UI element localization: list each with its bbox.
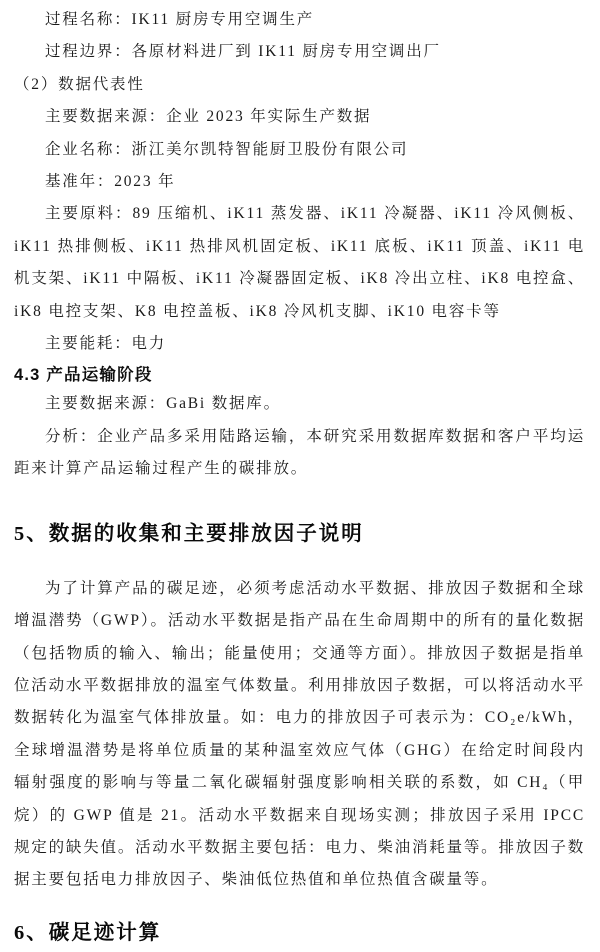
para-emission-factor-explanation: 为了计算产品的碳足迹，必须考虑活动水平数据、排放因子数据和全球增温潜势（GWP）… bbox=[14, 573, 585, 897]
para-gabi-data-source: 主要数据来源：GaBi 数据库。 bbox=[14, 388, 585, 420]
para-company-name: 企业名称：浙江美尔凯特智能厨卫股份有限公司 bbox=[14, 134, 585, 166]
para-main-materials: 主要原料：89 压缩机、iK11 蒸发器、iK11 冷凝器、iK11 冷风侧板、… bbox=[14, 198, 585, 328]
heading-carbon-footprint-calculation: 6、碳足迹计算 bbox=[14, 912, 585, 952]
para-transport-analysis: 分析：企业产品多采用陆路运输，本研究采用数据库数据和客户平均运距来计算产品运输过… bbox=[14, 421, 585, 486]
para-main-energy: 主要能耗：电力 bbox=[14, 328, 585, 360]
heading-product-transport-stage: 4.3 产品运输阶段 bbox=[14, 362, 585, 388]
para-main-data-source: 主要数据来源：企业 2023 年实际生产数据 bbox=[14, 101, 585, 133]
para-base-year: 基准年：2023 年 bbox=[14, 166, 585, 198]
heading-data-collection-emission-factors: 5、数据的收集和主要排放因子说明 bbox=[14, 513, 585, 555]
para-process-boundary: 过程边界：各原材料进厂到 IK11 厨房专用空调出厂 bbox=[14, 36, 585, 68]
document-page: 过程名称：IK11 厨房专用空调生产 过程边界：各原材料进厂到 IK11 厨房专… bbox=[0, 0, 600, 952]
para-data-representativeness-label: （2）数据代表性 bbox=[14, 69, 585, 101]
para-process-name: 过程名称：IK11 厨房专用空调生产 bbox=[14, 4, 585, 36]
